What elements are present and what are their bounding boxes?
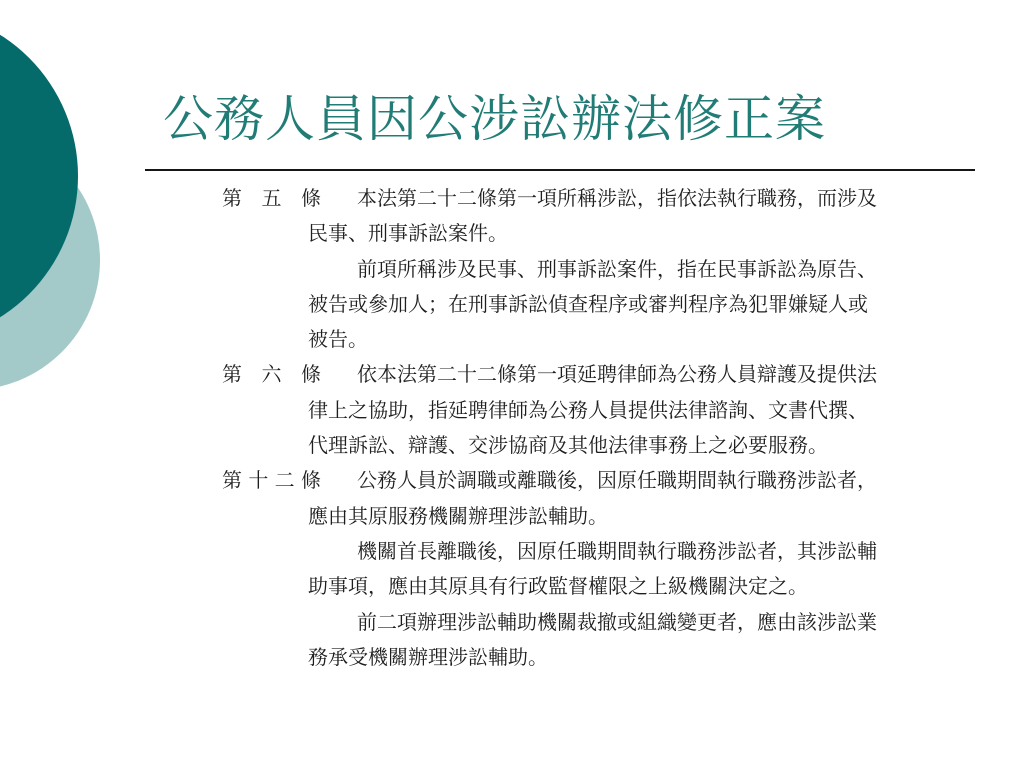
document-body: 第五條本法第二十二條第一項所稱涉訟，指依法執行職務，而涉及民事、刑事訴訟案件。前… (222, 182, 890, 676)
article-number-char: 條 (301, 182, 321, 217)
document-line: 應由其原服務機關辦理涉訟輔助。 (222, 500, 890, 535)
article-number-char: 條 (301, 464, 321, 499)
slide-title: 公務人員因公涉訟辦法修正案 (163, 88, 826, 150)
article-number-char: 第 (222, 358, 242, 393)
article-number-char: 第 (222, 464, 242, 499)
article-text: 依本法第二十二條第一項延聘律師為公務人員辯護及提供法 (357, 358, 877, 393)
document-line: 律上之協助，指延聘律師為公務人員提供法律諮詢、文書代撰、 (222, 394, 890, 429)
article-number-char: 十 (248, 464, 268, 499)
document-line: 民事、刑事訴訟案件。 (222, 217, 890, 252)
document-line: 機關首長離職後，因原任職期間執行職務涉訟者，其涉訟輔 (222, 535, 890, 570)
document-line: 代理訴訟、辯護、交涉協商及其他法律事務上之必要服務。 (222, 429, 890, 464)
document-line: 第六條依本法第二十二條第一項延聘律師為公務人員辯護及提供法 (222, 358, 890, 393)
document-line: 第十二條公務人員於調職或離職後，因原任職期間執行職務涉訟者， (222, 464, 890, 499)
document-line: 前二項辦理涉訟輔助機關裁撤或組織變更者，應由該涉訟業 (222, 606, 890, 641)
article-number-char: 五 (262, 182, 282, 217)
article-number-char: 條 (301, 358, 321, 393)
article-text: 本法第二十二條第一項所稱涉訟，指依法執行職務，而涉及 (357, 182, 877, 217)
article-number: 第五條 (222, 182, 321, 217)
article-number-char: 六 (262, 358, 282, 393)
slide: 公務人員因公涉訟辦法修正案 第五條本法第二十二條第一項所稱涉訟，指依法執行職務，… (0, 0, 1024, 768)
document-line: 被告或參加人；在刑事訴訟偵查程序或審判程序為犯罪嫌疑人或 (222, 288, 890, 323)
article-number: 第十二條 (222, 464, 321, 499)
document-line: 助事項，應由其原具有行政監督權限之上級機關決定之。 (222, 570, 890, 605)
title-divider (145, 169, 975, 171)
document-line: 被告。 (222, 323, 890, 358)
article-number-char: 第 (222, 182, 242, 217)
article-number: 第六條 (222, 358, 321, 393)
article-text: 公務人員於調職或離職後，因原任職期間執行職務涉訟者， (357, 464, 877, 499)
document-line: 務承受機關辦理涉訟輔助。 (222, 641, 890, 676)
document-line: 第五條本法第二十二條第一項所稱涉訟，指依法執行職務，而涉及 (222, 182, 890, 217)
article-number-char: 二 (275, 464, 295, 499)
document-line: 前項所稱涉及民事、刑事訴訟案件，指在民事訴訟為原告、 (222, 253, 890, 288)
